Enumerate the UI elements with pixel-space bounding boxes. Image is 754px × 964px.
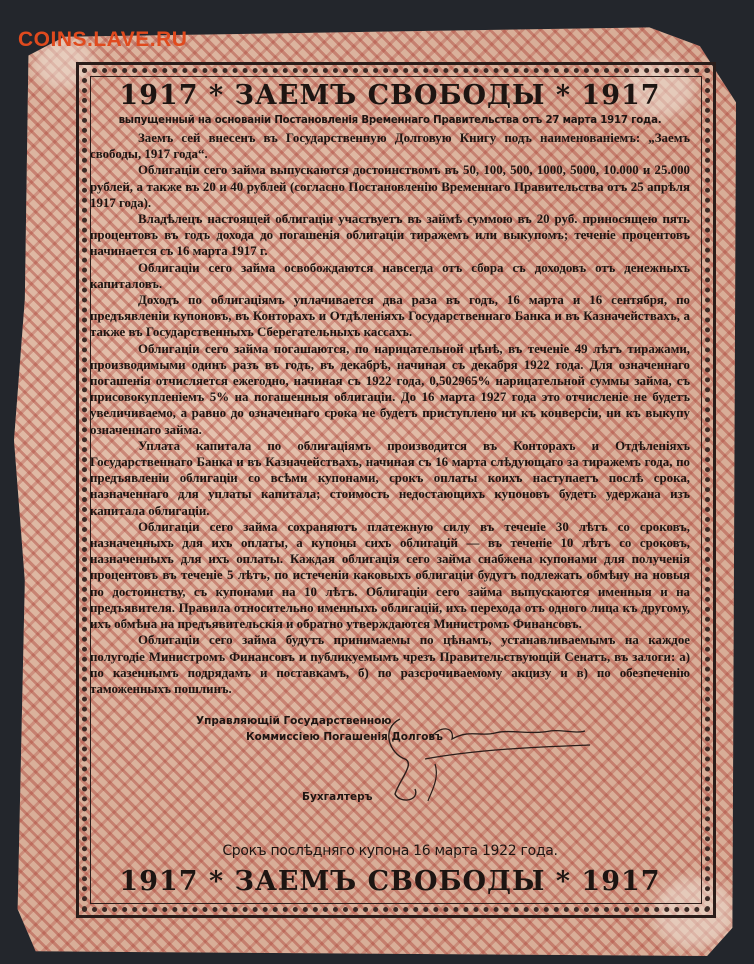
paragraph: Доходъ по облигаціямъ уплачивается два р…	[90, 292, 690, 341]
paragraph: Облигаціи сего займа погашаются, по нари…	[90, 341, 690, 438]
handwritten-signature-icon	[360, 709, 620, 809]
bond-subtitle: выпущенный на основаніи Постановленія Вр…	[90, 115, 690, 126]
bond-title: 1917 * ЗАЕМЪ СВОБОДЫ * 1917	[90, 80, 690, 111]
paragraph: Заемъ сей внесенъ въ Государственную Дол…	[90, 130, 690, 162]
paragraph: Облигаціи сего займа выпускаются достоин…	[90, 162, 690, 211]
site-watermark: COINS.LAVE.RU	[18, 28, 187, 52]
signature-block: Управляющій Государственною Коммиссіею П…	[90, 715, 690, 815]
bond-text-block: 1917 * ЗАЕМЪ СВОБОДЫ * 1917 выпущенный н…	[90, 78, 690, 815]
paragraph: Владѣлецъ настоящей облигаціи участвуетъ…	[90, 211, 690, 260]
paragraph: Облигаціи сего займа освобождаются навсе…	[90, 260, 690, 292]
last-coupon-note: Срокъ послѣдняго купона 16 марта 1922 го…	[90, 843, 690, 859]
paragraph: Облигаціи сего займа сохраняютъ платежну…	[90, 519, 690, 632]
paragraph: Уплата капитала по облигаціямъ производи…	[90, 438, 690, 519]
bond-footer-title: 1917 * ЗАЕМЪ СВОБОДЫ * 1917	[90, 866, 690, 897]
paragraph: Облигаціи сего займа будутъ принимаемы п…	[90, 632, 690, 697]
